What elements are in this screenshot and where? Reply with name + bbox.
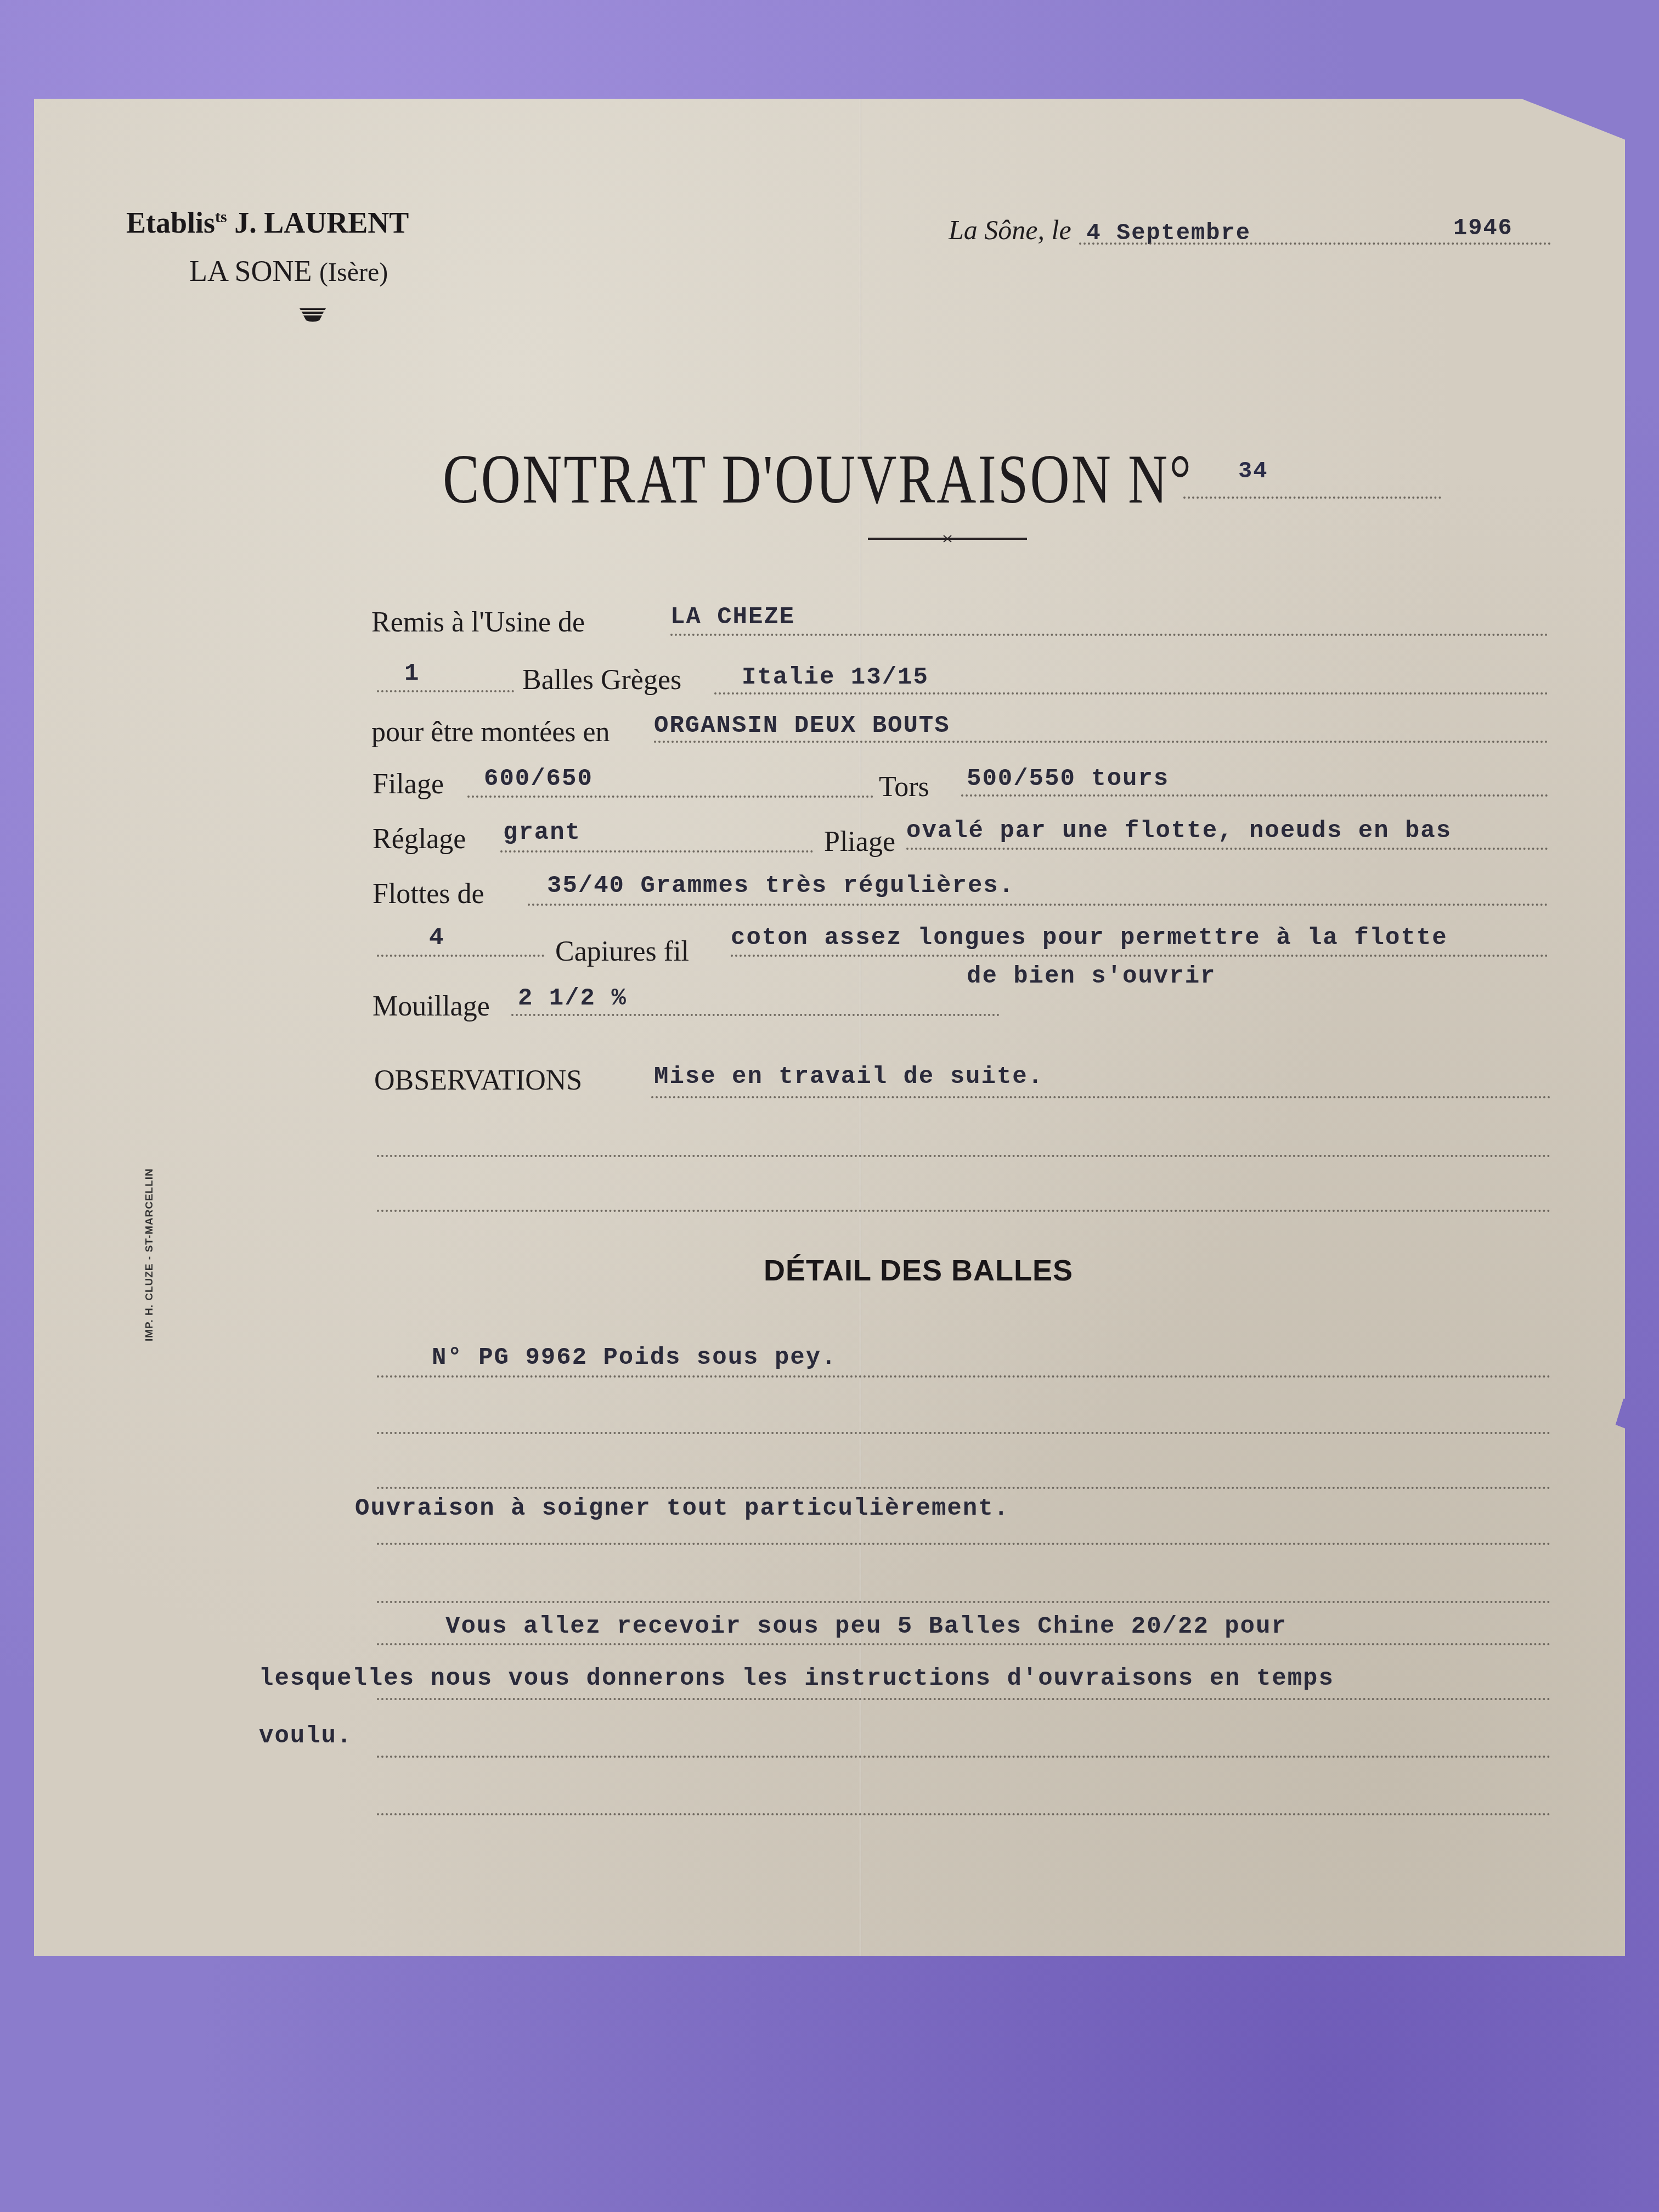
detail-underline-3 [377,1487,1551,1489]
capiures-value: coton assez longues pour permettre à la … [731,924,1448,952]
filage-value: 600/650 [484,765,593,793]
observations-underline-1 [651,1096,1551,1098]
mouillage-value: 2 1/2 % [518,985,627,1012]
mouillage-underline [511,1014,1000,1016]
observations-underline-2 [377,1155,1551,1157]
detail-paragraph-line-3: voulu. [259,1723,352,1750]
usine-value: LA CHEZE [670,603,795,631]
balles-value: Italie 13/15 [742,664,929,691]
observations-underline-3 [377,1210,1551,1212]
capiures-underline [731,955,1548,957]
detail-underline-9 [377,1813,1551,1815]
capiures-label: Capiures fil [555,935,689,968]
mouillage-label: Mouillage [373,990,490,1023]
balles-label: Balles Grèges [522,664,681,696]
balles-underline [714,692,1548,695]
date-underline [1079,242,1551,245]
title-ornament-divider [868,535,1027,543]
company-name: Etablists J. LAURENT [126,206,409,240]
contract-number: 34 [1238,458,1268,484]
flottes-underline [528,904,1548,906]
contract-document: Etablists J. LAURENT LA SONE (Isère) La … [34,99,1625,1956]
dateline: La Sône, le 4 Septembre 1946 [949,214,1552,246]
pliage-underline [906,848,1548,850]
tors-value: 500/550 tours [967,765,1169,793]
tors-underline [961,794,1548,797]
pliage-label: Pliage [824,826,895,858]
detail-underline-8 [377,1756,1551,1758]
capiures-count: 4 [429,924,444,952]
balles-count-underline [377,690,514,692]
usine-label: Remis à l'Usine de [371,606,585,639]
detail-paragraph-line-1: Vous allez recevoir sous peu 5 Balles Ch… [445,1613,1287,1640]
detail-line-1: N° PG 9962 Poids sous pey. [432,1344,837,1372]
pliage-value: ovalé par une flotte, noeuds en bas [906,817,1452,845]
capiures-count-underline [377,955,544,957]
letterhead-emblem-icon [298,306,327,323]
observations-label: OBSERVATIONS [374,1064,582,1097]
detail-underline-6 [377,1643,1551,1645]
observations-value: Mise en travail de suite. [654,1063,1043,1091]
detail-underline-7 [377,1698,1551,1700]
filage-label: Filage [373,768,444,800]
montees-underline [654,741,1548,743]
detail-note: Ouvraison à soigner tout particulièremen… [355,1495,1009,1522]
reglage-label: Réglage [373,823,466,855]
printer-mark: IMP. H. CLUZE - ST-MARCELLIN [144,1168,156,1341]
montees-label: pour être montées en [371,716,610,748]
detail-paragraph-line-2: lesquelles nous vous donnerons les instr… [259,1665,1334,1692]
balles-count: 1 [404,660,420,687]
year-value: 1946 [1453,215,1513,241]
usine-underline [670,634,1548,636]
flottes-value: 35/40 Grammes très régulières. [547,872,1014,900]
company-location: LA SONE (Isère) [189,254,388,288]
detail-underline-4 [377,1543,1551,1545]
filage-underline [467,795,873,798]
flottes-label: Flottes de [373,878,484,910]
montees-value: ORGANSIN DEUX BOUTS [654,712,950,740]
reglage-underline [500,850,813,853]
detail-underline-5 [377,1601,1551,1603]
tors-label: Tors [879,771,929,803]
reglage-value: grant [503,819,581,847]
detail-heading: DÉTAIL DES BALLES [764,1254,1073,1288]
capiures-value-continued: de bien s'ouvrir [967,963,1216,990]
detail-underline-1 [377,1375,1551,1378]
detail-underline-2 [377,1432,1551,1434]
contract-number-underline [1183,496,1441,499]
